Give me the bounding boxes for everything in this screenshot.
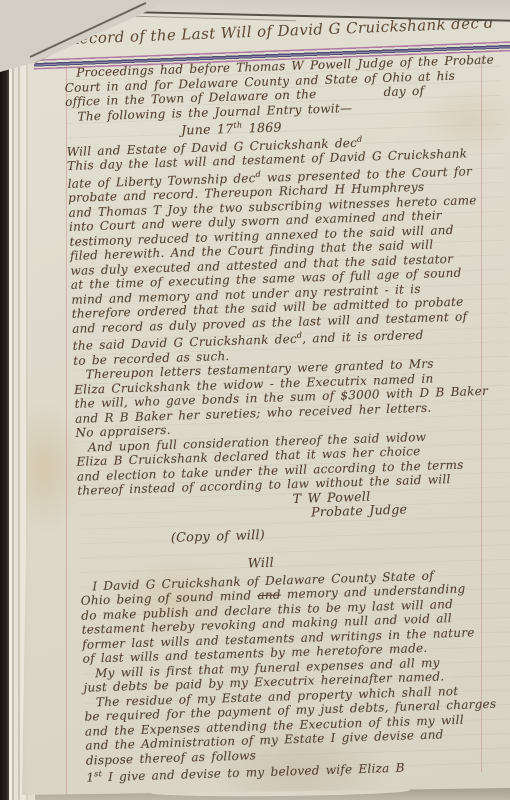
ledger-photo: 18 Record of the Last Will of David G Cr… [0, 0, 510, 800]
book-binding [0, 0, 9, 800]
handwritten-body: Proceedings had before Thomas W Powell J… [64, 52, 510, 789]
ledger-page: 18 Record of the Last Will of David G Cr… [0, 0, 510, 800]
